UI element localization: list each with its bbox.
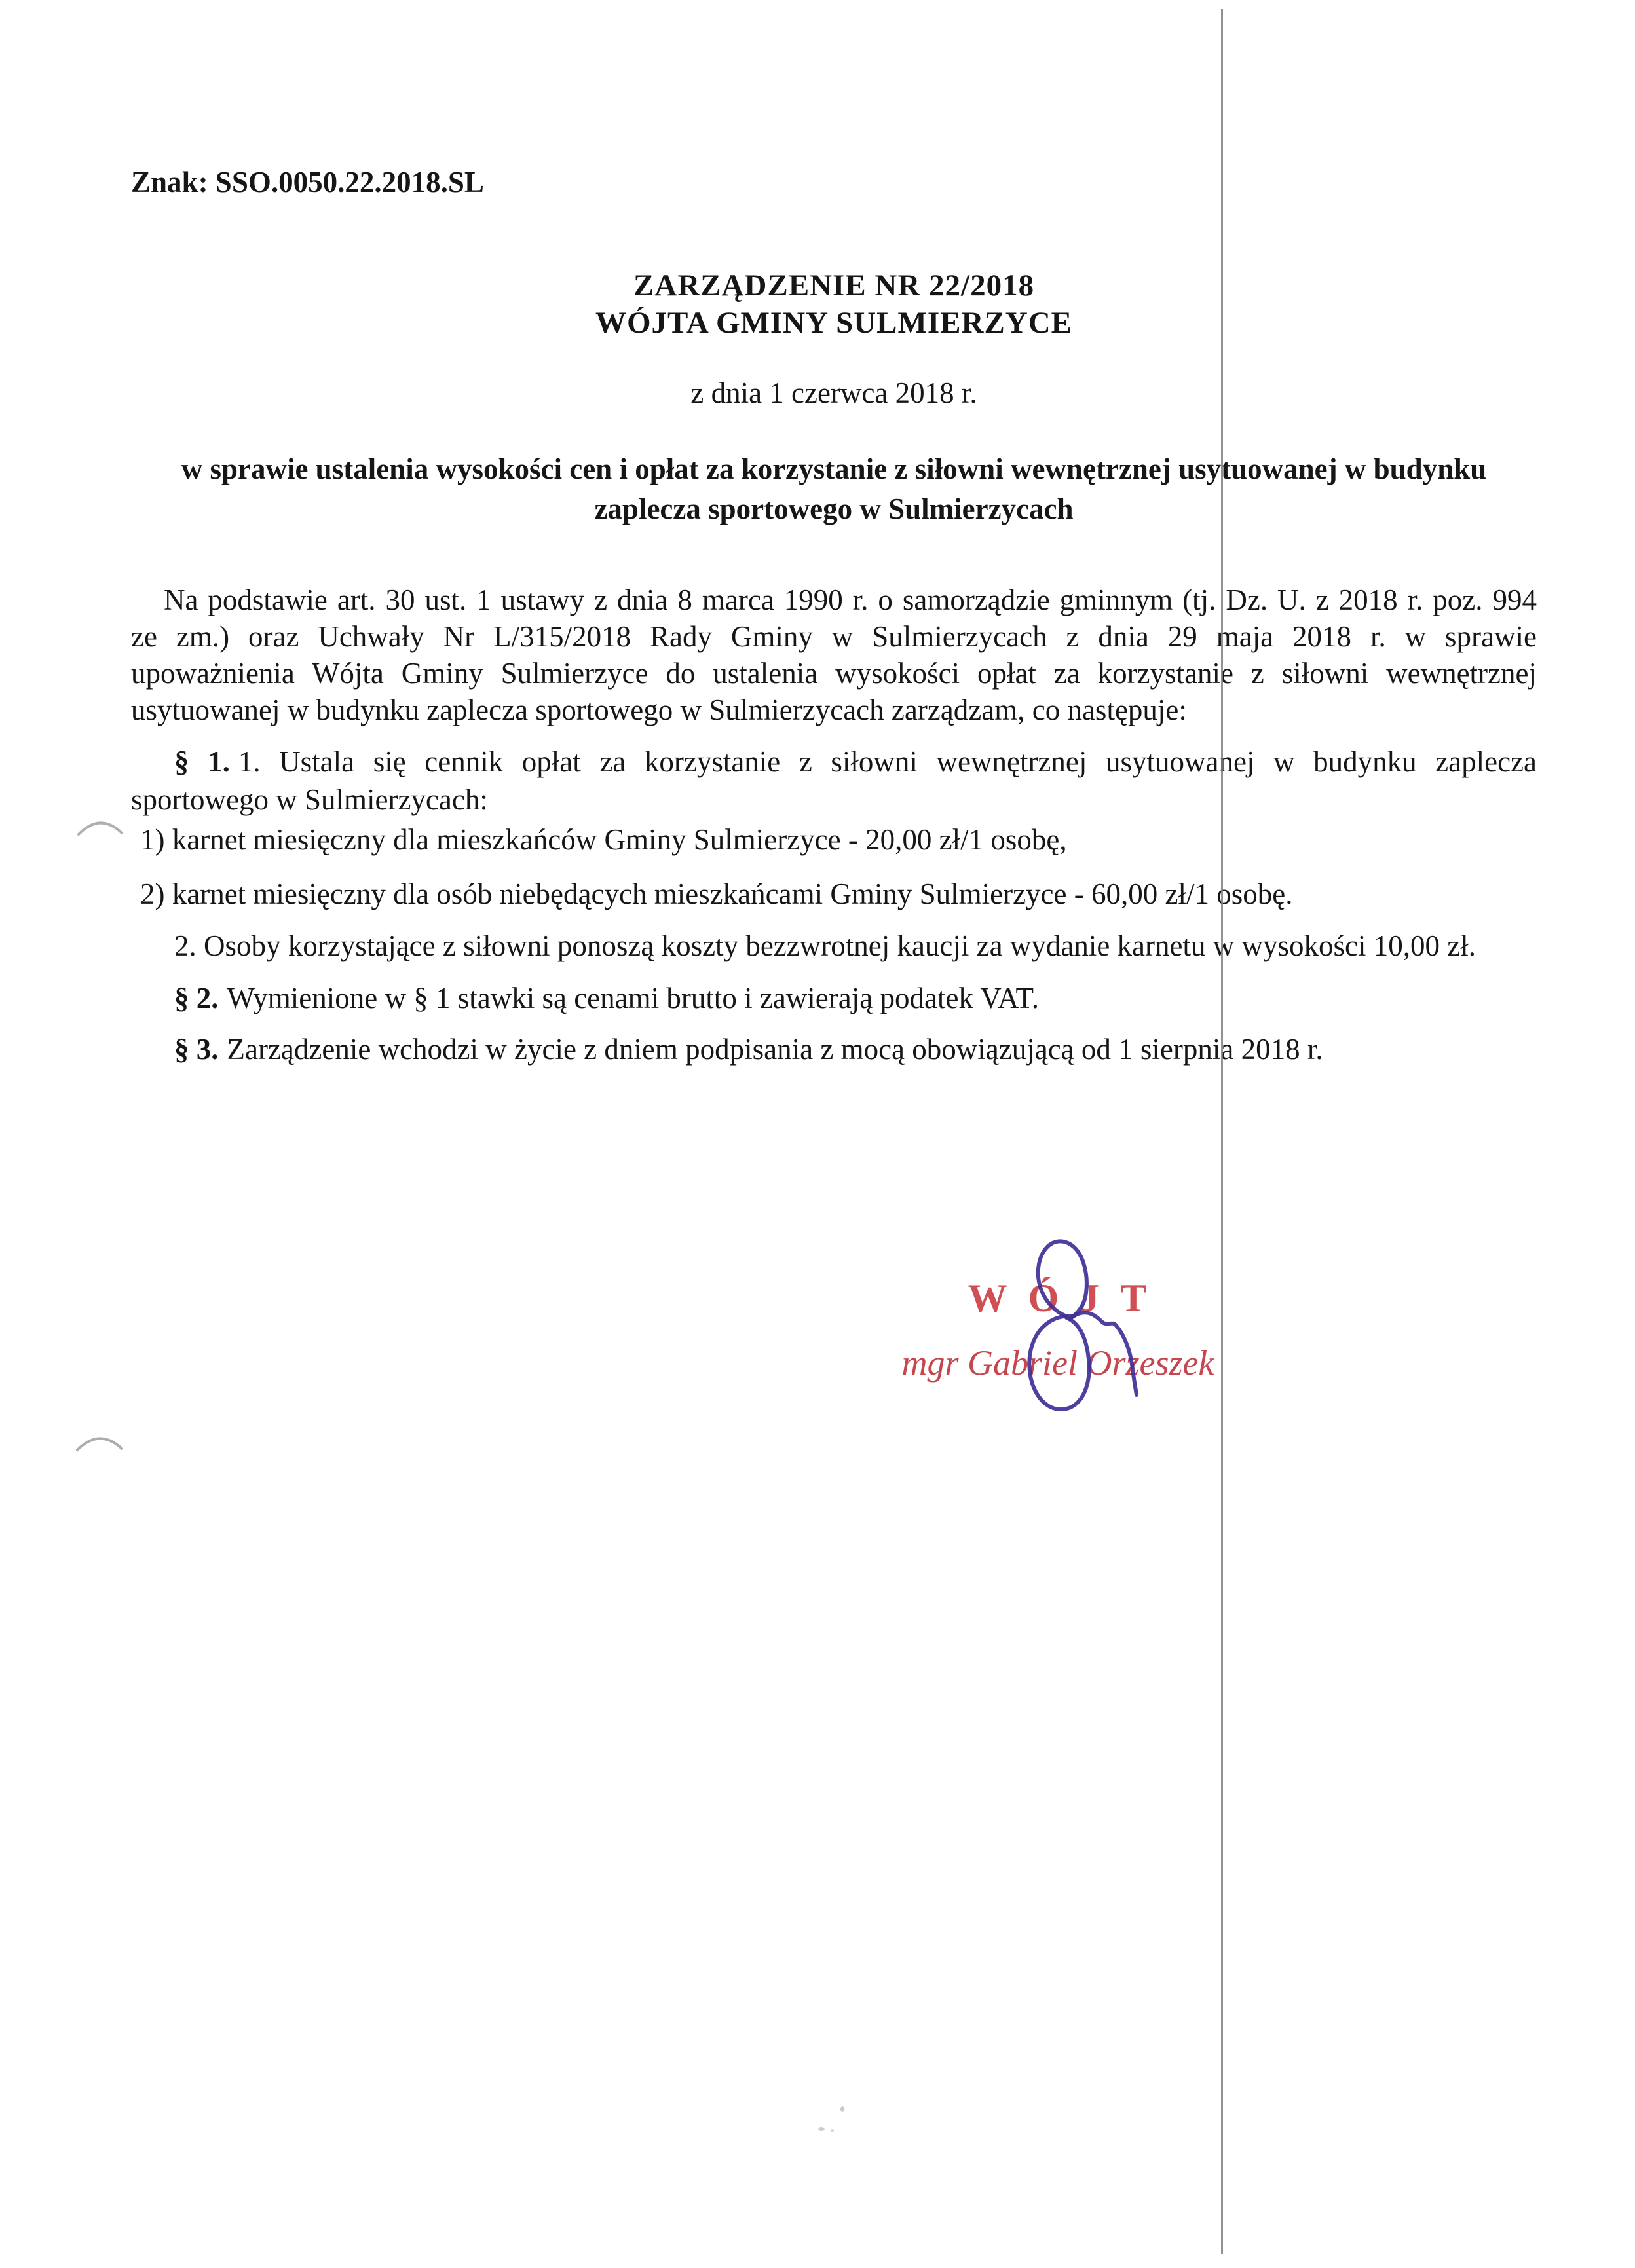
section-2-paragraph: § 2.Wymienione w § 1 stawki są cenami br… bbox=[131, 980, 1537, 1016]
ordinance-title-line1: ZARZĄDZENIE NR 22/2018 bbox=[131, 267, 1537, 305]
section-3-marker: § 3. bbox=[174, 1033, 219, 1066]
reference-number: Znak: SSO.0050.22.2018.SL bbox=[131, 165, 484, 199]
section-3-text: Zarządzenie wchodzi w życie z dniem podp… bbox=[227, 1033, 1323, 1066]
scan-speck bbox=[831, 2129, 834, 2132]
legal-basis-line: usytuowanej w budynku zaplecza sportoweg… bbox=[131, 692, 1537, 728]
section-1-marker: § 1. bbox=[174, 745, 230, 778]
legal-basis-line: upoważnienia Wójta Gminy Sulmierzyce do … bbox=[131, 655, 1537, 692]
legal-basis-line: ze zm.) oraz Uchwały Nr L/315/2018 Rady … bbox=[131, 618, 1537, 655]
scan-arc-mark-bottom bbox=[76, 1432, 123, 1454]
subject-line1: w sprawie ustalenia wysokości cen i opła… bbox=[131, 449, 1537, 489]
legal-basis-line: Na podstawie art. 30 ust. 1 ustawy z dni… bbox=[131, 582, 1537, 618]
section-1-text: 1. Ustala się cennik opłat za korzystani… bbox=[238, 745, 1537, 778]
section-1-line1: § 1.1. Ustala się cennik opłat za korzys… bbox=[131, 743, 1537, 781]
section-3-paragraph: § 3.Zarządzenie wchodzi w życie z dniem … bbox=[131, 1031, 1537, 1068]
scan-speck bbox=[818, 2127, 825, 2131]
section-2-marker: § 2. bbox=[174, 982, 219, 1014]
scan-arc-mark-top bbox=[77, 816, 123, 838]
signature-stroke bbox=[1070, 1312, 1137, 1395]
fee-item-non-residents: 2) karnet miesięczny dla osób niebędącyc… bbox=[140, 876, 1535, 912]
fee-item-residents: 1) karnet miesięczny dla mieszkańców Gmi… bbox=[140, 821, 1535, 858]
signature-stroke bbox=[1029, 1316, 1089, 1410]
deposit-paragraph: 2. Osoby korzystające z siłowni ponoszą … bbox=[131, 927, 1537, 964]
ordinance-subject: w sprawie ustalenia wysokości cen i opła… bbox=[131, 449, 1537, 529]
ordinance-title: ZARZĄDZENIE NR 22/2018 WÓJTA GMINY SULMI… bbox=[131, 267, 1537, 342]
document-page: Znak: SSO.0050.22.2018.SL ZARZĄDZENIE NR… bbox=[0, 0, 1635, 2268]
signature-scribble-icon bbox=[1009, 1230, 1166, 1426]
ordinance-title-line2: WÓJTA GMINY SULMIERZYCE bbox=[131, 305, 1537, 342]
section-2-text: Wymienione w § 1 stawki są cenami brutto… bbox=[227, 982, 1039, 1014]
signature-stroke bbox=[1038, 1241, 1087, 1316]
scan-fold-line bbox=[1221, 9, 1223, 2254]
ordinance-date: z dnia 1 czerwca 2018 r. bbox=[131, 376, 1537, 410]
legal-basis-paragraph: Na podstawie art. 30 ust. 1 ustawy z dni… bbox=[131, 582, 1537, 728]
scan-speck bbox=[840, 2106, 844, 2112]
section-1-line2: sportowego w Sulmierzycach: bbox=[131, 781, 1537, 819]
subject-line2: zaplecza sportowego w Sulmierzycach bbox=[131, 489, 1537, 529]
section-1-paragraph: § 1.1. Ustala się cennik opłat za korzys… bbox=[131, 743, 1537, 819]
